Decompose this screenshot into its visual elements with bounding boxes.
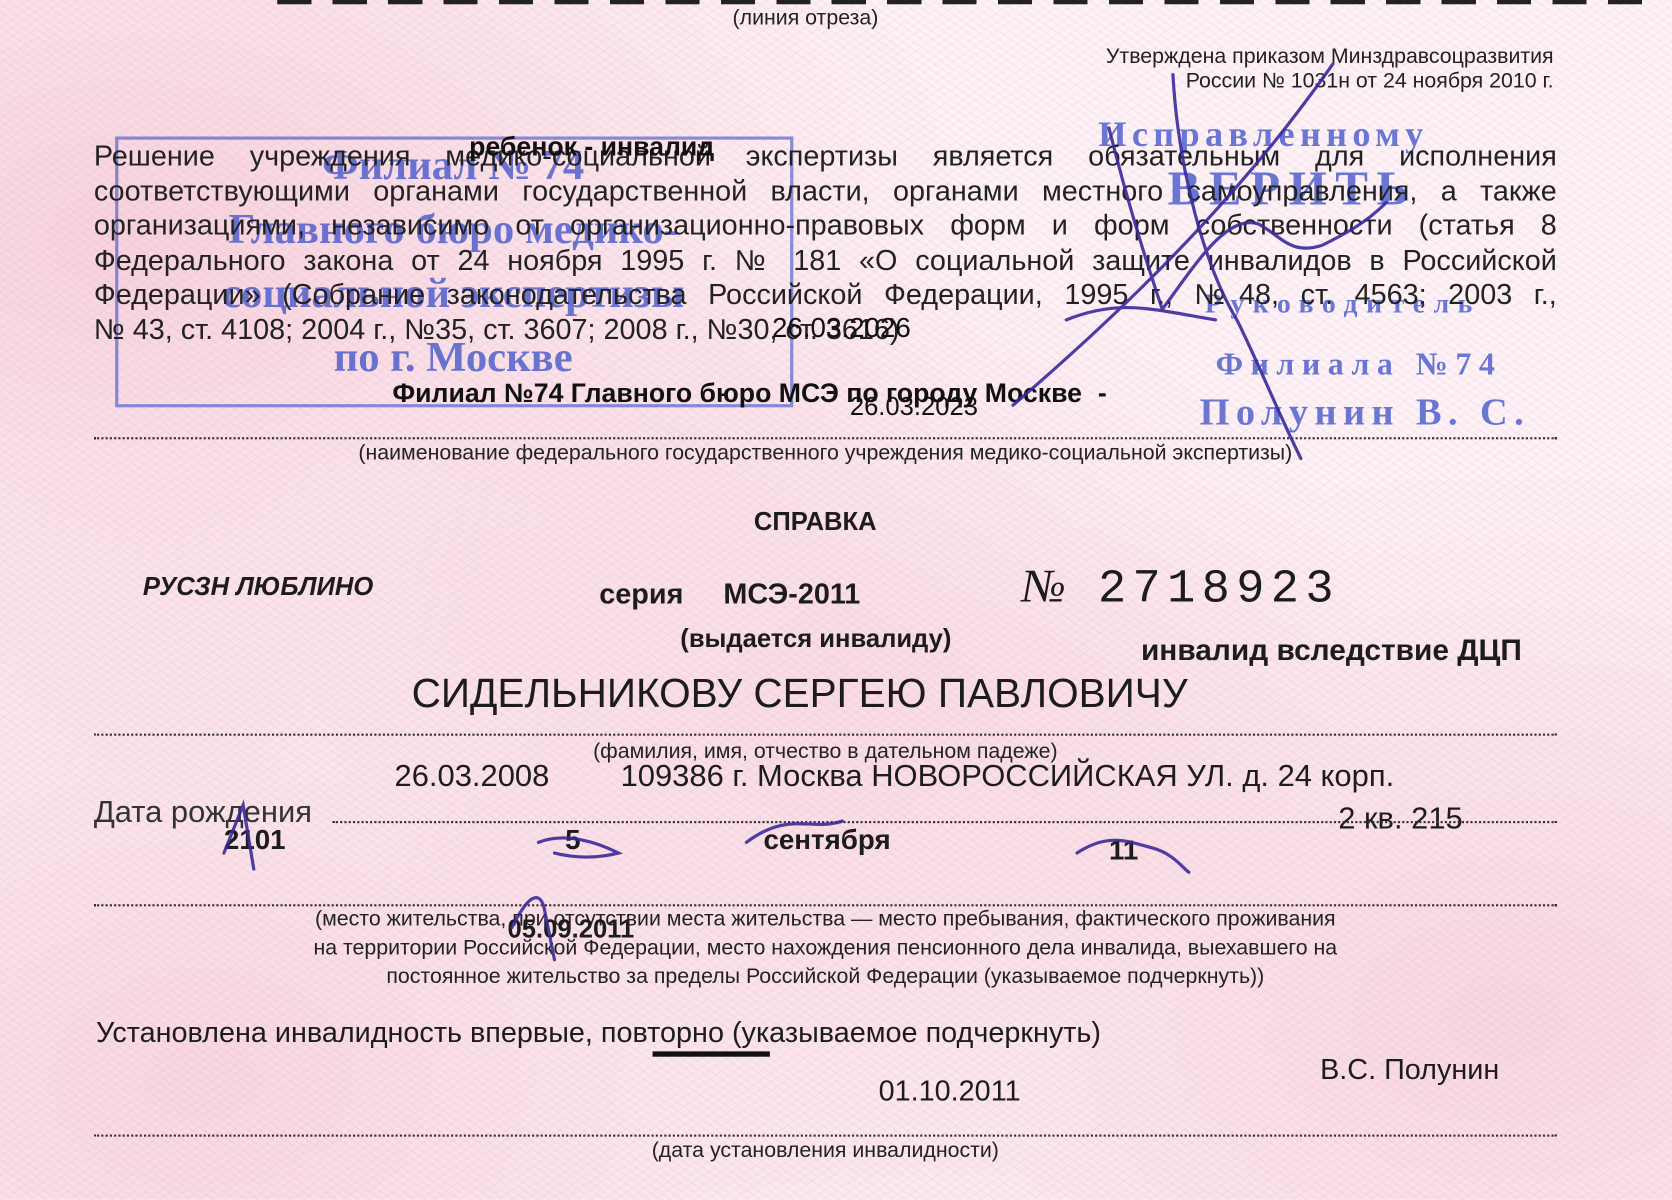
disability-certificate: (линия отреза) Утверждена приказом Минзд… — [0, 0, 1672, 1200]
signature-strokes — [0, 0, 1672, 1200]
